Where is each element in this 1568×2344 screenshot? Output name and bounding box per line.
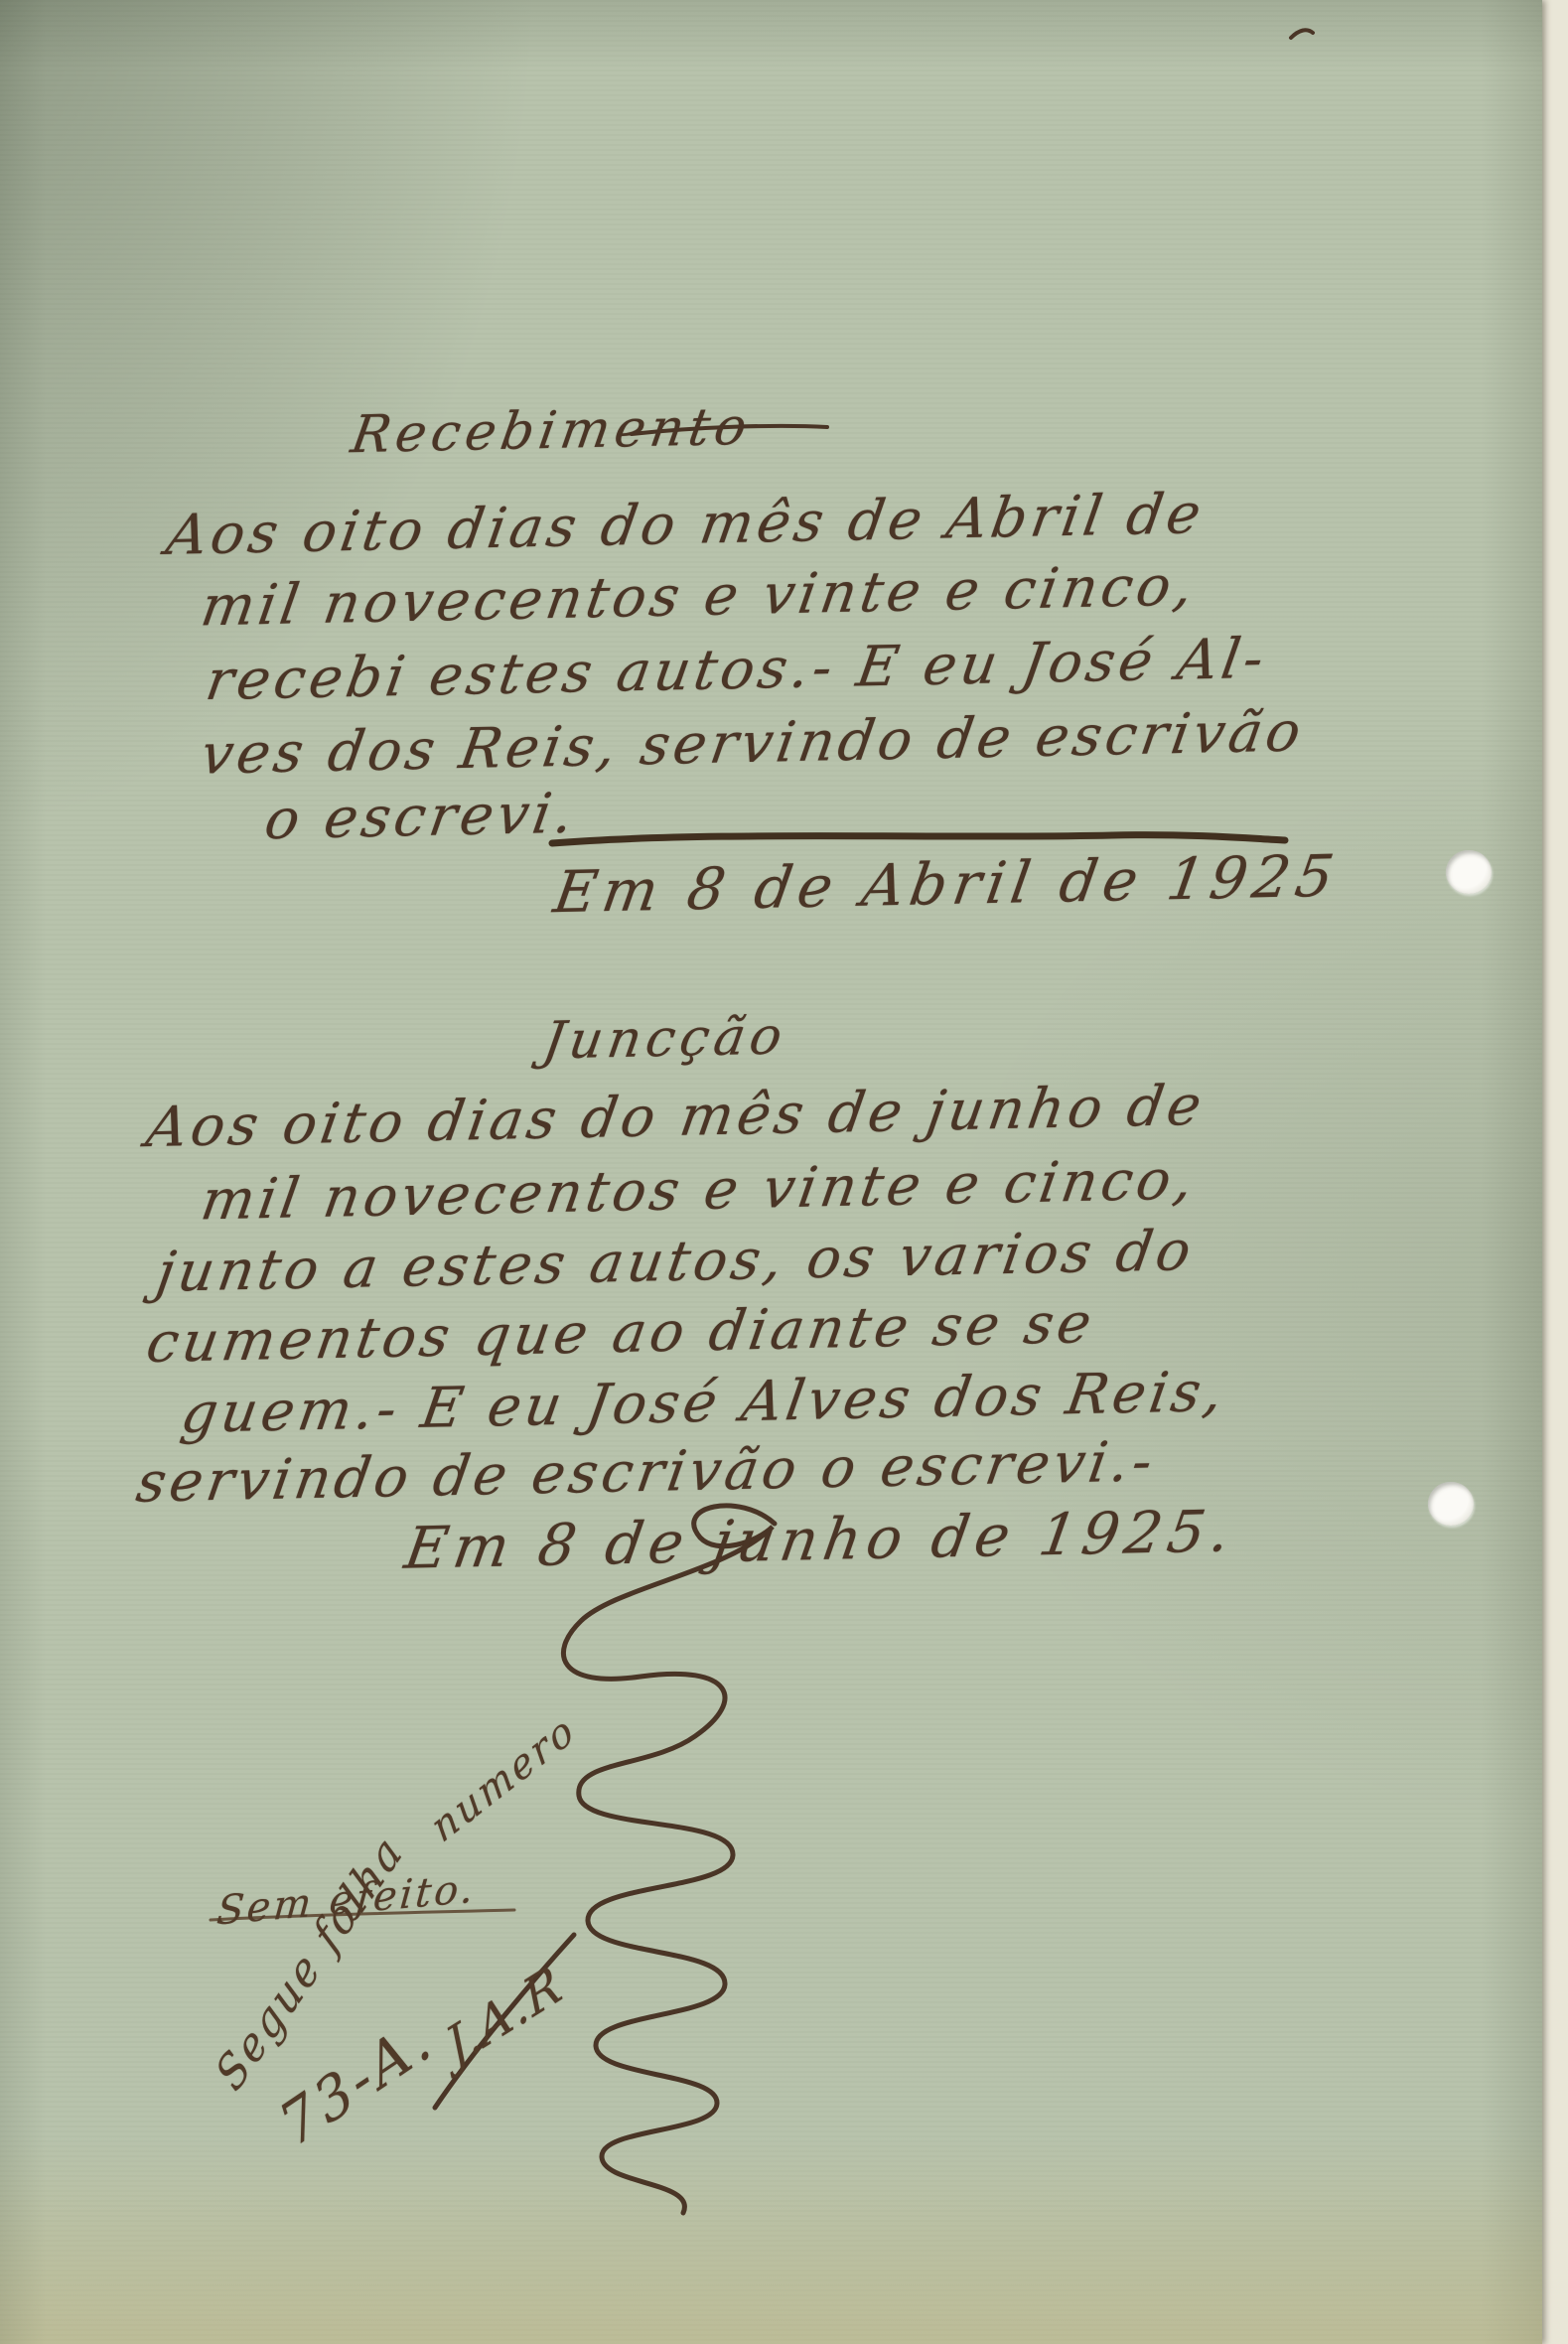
annotation-numero: numero <box>424 1705 584 1852</box>
punch-hole-top <box>1446 850 1492 894</box>
scanned-document: Recebimento Aos oito dias do mês de Abri… <box>0 0 1568 2344</box>
handwritten-line: Aos oito dias do mês de junho de <box>142 1074 1210 1160</box>
handwritten-line: cumentos que ao diante se se <box>142 1291 1099 1376</box>
closing-ink-rule <box>552 835 1285 843</box>
stray-ink-mark <box>1291 30 1313 38</box>
handwritten-line: mil novecentos e vinte e cinco, <box>197 554 1201 640</box>
paper-sheet: Recebimento Aos oito dias do mês de Abri… <box>0 0 1542 2344</box>
handwritten-line: o escrevi. <box>260 782 581 853</box>
date-line: Em 8 de junho de 1925. <box>400 1497 1240 1581</box>
handwritten-line: mil novecentos e vinte e cinco, <box>197 1148 1201 1234</box>
date-line: Em 8 de Abril de 1925 <box>549 842 1344 926</box>
section-heading: Juncção <box>539 1006 791 1071</box>
squiggle-void-flourish <box>563 1506 775 2213</box>
handwritten-line: recebi estes autos.- E eu José Al- <box>202 627 1272 713</box>
handwritten-line: Aos oito dias do mês de Abril de <box>162 482 1209 568</box>
handwritten-line: ves dos Reis, servindo de escrivão <box>197 699 1309 787</box>
punch-hole-bottom <box>1428 1482 1474 1526</box>
section-heading: Recebimento <box>348 397 756 465</box>
annotation-initials-rubric: J.A.R <box>438 1954 571 2077</box>
